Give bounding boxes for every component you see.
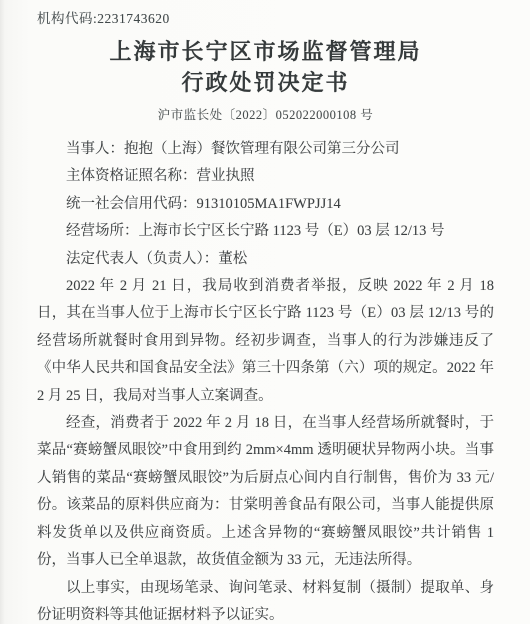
field-legal-representative: 法定代表人（负责人）：董松 — [37, 246, 494, 273]
field-party-value: 抱抱（上海）餐饮管理有限公司第三分公司 — [124, 141, 400, 157]
field-party: 当事人：抱抱（上海）餐饮管理有限公司第三分公司 — [37, 136, 494, 163]
field-credit-code: 统一社会信用代码：91310105MA1FWPJJ14 — [37, 191, 494, 218]
field-business-address-label: 经营场所： — [66, 223, 139, 239]
field-business-address: 经营场所：上海市长宁区长宁路 1123 号（E）03 层 12/13 号 — [37, 218, 494, 245]
paragraph-evidence: 以上事实，由现场笔录、询问笔录、材料复制（摄制）提取单、身份证明资料等其他证据材… — [37, 575, 494, 624]
field-party-label: 当事人： — [66, 141, 124, 157]
document-number: 沪市监长处〔2022〕052022000108 号 — [37, 105, 494, 123]
penalty-decision-document: 机构代码:2231743620 上海市长宁区市场监督管理局 行政处罚决定书 沪市… — [0, 0, 530, 624]
field-credit-code-value: 91310105MA1FWPJJ14 — [197, 196, 341, 212]
document-body: 当事人：抱抱（上海）餐饮管理有限公司第三分公司 主体资格证照名称：营业执照 统一… — [37, 136, 494, 624]
document-title-line1: 上海市长宁区市场监督管理局 — [37, 36, 494, 67]
field-license-name-value: 营业执照 — [197, 168, 255, 184]
field-legal-representative-value: 董松 — [218, 251, 247, 267]
org-code: 机构代码:2231743620 — [37, 10, 494, 28]
field-license-name-label: 主体资格证照名称： — [66, 168, 197, 184]
field-business-address-value: 上海市长宁区长宁路 1123 号（E）03 层 12/13 号 — [139, 223, 445, 239]
field-legal-representative-label: 法定代表人（负责人）： — [66, 251, 218, 267]
document-title-line2: 行政处罚决定书 — [37, 67, 494, 98]
paragraph-investigation: 经查，消费者于 2022 年 2 月 18 日，在当事人经营场所就餐时，于菜品“… — [37, 410, 494, 574]
field-credit-code-label: 统一社会信用代码： — [66, 196, 197, 212]
field-license-name: 主体资格证照名称：营业执照 — [37, 163, 494, 190]
paragraph-complaint: 2022 年 2 月 21 日，我局收到消费者举报，反映 2022 年 2 月 … — [37, 273, 494, 410]
